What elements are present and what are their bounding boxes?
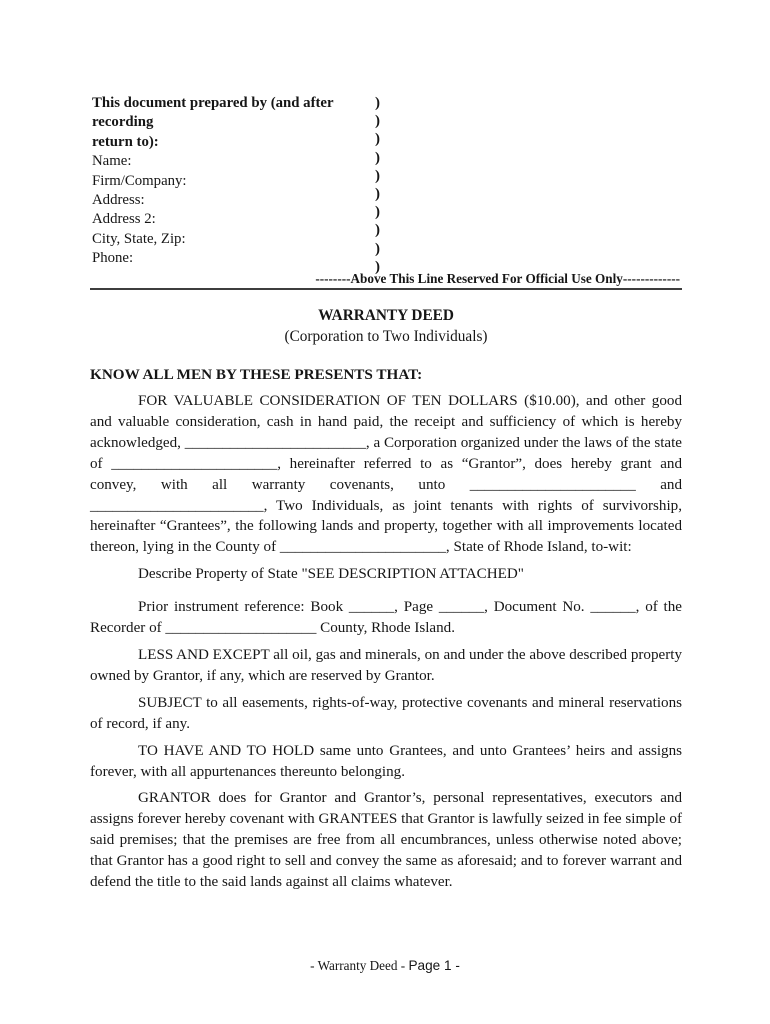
reserved-for-official-use-line: --------Above This Line Reserved For Off… [315,271,680,287]
preparer-field-name: Name: [92,152,392,171]
preparer-heading-line1: This document prepared by (and after rec… [92,94,392,133]
stamp-bracket: ) [375,203,380,221]
title-block: WARRANTY DEED (Corporation to Two Indivi… [90,305,682,347]
stamp-bracket: ) [375,149,380,167]
document-page: This document prepared by (and after rec… [0,0,770,1024]
less-and-except-paragraph: LESS AND EXCEPT all oil, gas and mineral… [90,645,682,687]
stamp-bracket: ) [375,167,380,185]
footer-document-name: - Warranty Deed - [310,958,408,973]
property-description-line: Describe Property of State "SEE DESCRIPT… [90,564,682,585]
preparer-field-phone: Phone: [92,249,392,268]
document-subtitle: (Corporation to Two Individuals) [90,326,682,347]
page-footer: - Warranty Deed - Page 1 - [0,958,770,974]
preparer-heading-line2: return to): [92,133,392,152]
stamp-bracket: ) [375,130,380,148]
stamp-bracket: ) [375,221,380,239]
stamp-bracket: ) [375,240,380,258]
stamp-bracket: ) [375,112,380,130]
preparer-field-city-state-zip: City, State, Zip: [92,230,392,249]
stamp-bracket: ) [375,94,380,112]
recording-header: This document prepared by (and after rec… [90,94,682,290]
document-title: WARRANTY DEED [90,305,682,326]
opening-heading: KNOW ALL MEN BY THESE PRESENTS THAT: [90,364,682,385]
document-content: This document prepared by (and after rec… [90,0,682,893]
to-have-and-hold-paragraph: TO HAVE AND TO HOLD same unto Grantees, … [90,741,682,783]
footer-page-number: Page 1 - [408,958,459,973]
subject-to-paragraph: SUBJECT to all easements, rights-of-way,… [90,693,682,735]
preparer-block: This document prepared by (and after rec… [92,94,392,269]
preparer-field-firm: Firm/Company: [92,172,392,191]
prior-instrument-paragraph: Prior instrument reference: Book ______,… [90,597,682,639]
preparer-field-address: Address: [92,191,392,210]
grantor-covenant-paragraph: GRANTOR does for Grantor and Grantor’s, … [90,788,682,893]
recorder-stamp-column: ) ) ) ) ) ) ) ) ) ) [375,94,380,276]
stamp-bracket: ) [375,185,380,203]
consideration-paragraph: FOR VALUABLE CONSIDERATION OF TEN DOLLAR… [90,391,682,558]
preparer-field-address2: Address 2: [92,210,392,229]
